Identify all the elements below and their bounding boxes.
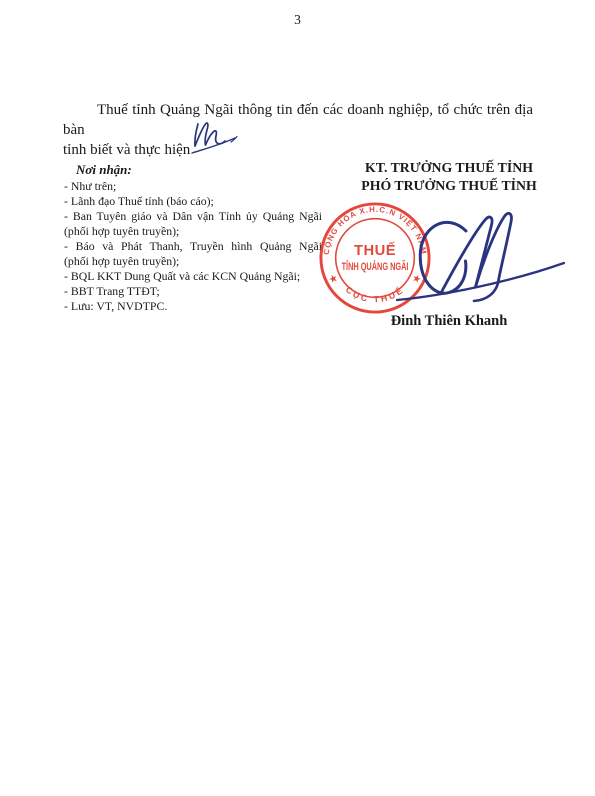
recipient-line: - Như trên; [64,179,322,194]
handwritten-signature [382,203,572,305]
signer-name: Đinh Thiên Khanh [333,313,565,330]
recipient-line: (phối hợp tuyên truyền); [64,224,322,239]
signature-title-block: KT. TRƯỞNG THUẾ TỈNH PHÓ TRƯỞNG THUẾ TỈN… [333,159,565,194]
initial-signature-mark [190,119,240,157]
paragraph-line-1: Thuế tỉnh Quảng Ngãi thông tin đến các d… [63,100,533,140]
paragraph-line-2: tỉnh biết và thực hiện [63,140,533,160]
document-page: 3 Thuế tỉnh Quảng Ngãi thông tin đến các… [0,0,595,796]
signer-title-line-1: KT. TRƯỞNG THUẾ TỈNH [333,159,565,177]
recipients-heading: Nơi nhận: [76,162,322,177]
recipient-line: - Lưu: VT, NVDTPC. [64,299,322,314]
recipient-line: - BQL KKT Dung Quất và các KCN Quảng Ngã… [64,269,322,284]
body-paragraph: Thuế tỉnh Quảng Ngãi thông tin đến các d… [63,100,533,160]
page-number: 3 [0,12,595,28]
recipient-line: - Ban Tuyên giáo và Dân vận Tỉnh ủy Quản… [64,209,322,224]
stamp-star-left-icon: ★ [328,272,340,285]
recipient-line: (phối hợp tuyên truyền); [64,254,322,269]
recipient-line: - Lãnh đạo Thuế tỉnh (báo cáo); [64,194,322,209]
recipients-block: Nơi nhận: - Như trên; - Lãnh đạo Thuế tỉ… [64,162,322,314]
signer-title-line-2: PHÓ TRƯỞNG THUẾ TỈNH [333,177,565,195]
recipient-line: - BBT Trang TTĐT; [64,284,322,299]
recipient-line: - Báo và Phát Thanh, Truyền hình Quảng N… [64,239,322,254]
